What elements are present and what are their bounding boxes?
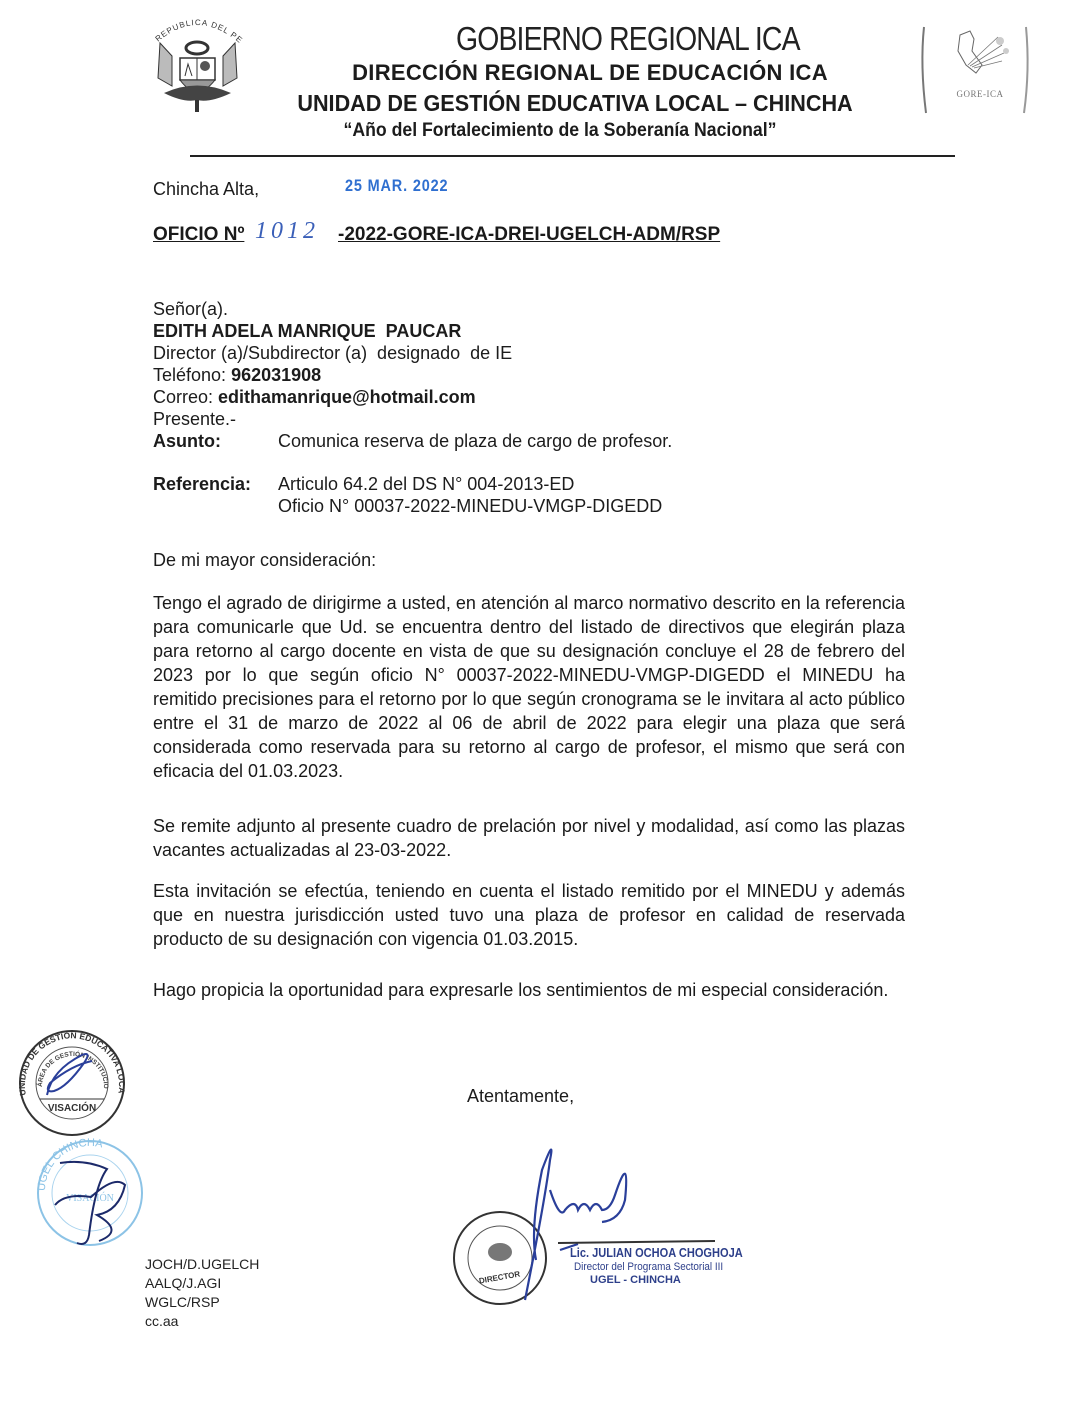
reference-item: Articulo 64.2 del DS N° 004-2013-ED — [278, 473, 662, 495]
director-stamp-label: DIRECTOR — [478, 1269, 521, 1285]
date-stamp: 25 MAR. 2022 — [345, 176, 448, 196]
phone-value: 962031908 — [231, 365, 321, 385]
recipient-name: EDITH ADELA MANRIQUE PAUCAR — [153, 320, 512, 342]
initials-line: JOCH/D.UGELCH — [145, 1255, 259, 1274]
body-paragraph-4: Hago propicia la oportunidad para expres… — [153, 978, 905, 1002]
subject-label: Asunto: — [153, 430, 221, 452]
visa-stamp-agi: UNIDAD DE GESTIÓN EDUCATIVA LOCAL CHINCH… — [12, 1025, 132, 1145]
footer-initials: JOCH/D.UGELCH AALQ/J.AGI WGLC/RSP cc.aa — [145, 1255, 259, 1331]
body-paragraph-1: Tengo el agrado de dirigirme a usted, en… — [153, 591, 905, 783]
stamp2-label: VISACIÓN — [66, 1192, 114, 1204]
body-paragraph-3: Esta invitación se efectúa, teniendo en … — [153, 879, 905, 951]
gore-ica-label: GORE-ICA — [940, 89, 1020, 99]
year-motto: “Año del Fortalecimiento de la Soberanía… — [262, 120, 857, 142]
oficio-prefix: OFICIO Nº — [153, 224, 244, 246]
reference-list: Articulo 64.2 del DS N° 004-2013-ED Ofic… — [278, 473, 662, 517]
header-divider — [190, 155, 955, 157]
salutation: Señor(a). — [153, 298, 512, 320]
unit-title: UNIDAD DE GESTIÓN EDUCATIVA LOCAL – CHIN… — [270, 90, 881, 117]
signatory-name: Lic. JULIAN OCHOA CHOGHOJA — [570, 1245, 743, 1260]
initials-line: AALQ/J.AGI — [145, 1274, 259, 1293]
presente: Presente.- — [153, 408, 512, 430]
signatory-organization: UGEL - CHINCHA — [590, 1274, 681, 1286]
oficio-code: -2022-GORE-ICA-DREI-UGELCH-ADM/RSP — [338, 224, 720, 246]
stamp1-outer-text: UNIDAD DE GESTIÓN EDUCATIVA LOCAL CHINCH… — [12, 1025, 127, 1096]
recipient-email-row: Correo: edithamanrique@hotmail.com — [153, 386, 512, 408]
subject-value: Comunica reserva de plaza de cargo de pr… — [278, 430, 672, 452]
email-value[interactable]: edithamanrique@hotmail.com — [218, 387, 476, 407]
visa-stamp-ugel: UGEL CHINCHA VISACIÓN — [15, 1135, 160, 1255]
reference-label: Referencia: — [153, 473, 251, 495]
oficio-handwritten-number: 1012 — [255, 218, 319, 245]
city-label: Chincha Alta, — [153, 178, 259, 200]
closing: Atentamente, — [467, 1085, 574, 1107]
body-paragraph-2: Se remite adjunto al presente cuadro de … — [153, 814, 905, 862]
phone-label: Teléfono: — [153, 365, 226, 385]
direction-title: DIRECCIÓN REGIONAL DE EDUCACIÓN ICA — [280, 60, 900, 86]
gore-ica-logo: GORE-ICA — [918, 25, 1038, 120]
recipient-block: Señor(a). EDITH ADELA MANRIQUE PAUCAR Di… — [153, 298, 512, 430]
stamp1-label: VISACIÓN — [48, 1101, 96, 1114]
greeting: De mi mayor consideración: — [153, 549, 376, 571]
gore-ica-map-icon — [918, 25, 1038, 120]
recipient-position: Director (a)/Subdirector (a) designado d… — [153, 342, 512, 364]
initials-line: WGLC/RSP — [145, 1293, 259, 1312]
government-title: GOBIERNO REGIONAL ICA — [83, 20, 1019, 58]
initials-line: cc.aa — [145, 1312, 259, 1331]
svg-text:UNIDAD DE GESTIÓN EDUCATIVA LO: UNIDAD DE GESTIÓN EDUCATIVA LOCAL CHINCH… — [12, 1025, 127, 1096]
email-label: Correo: — [153, 387, 213, 407]
reference-item: Oficio N° 00037-2022-MINEDU-VMGP-DIGEDD — [278, 495, 662, 517]
recipient-phone-row: Teléfono: 962031908 — [153, 364, 512, 386]
signatory-role: Director del Programa Sectorial III — [574, 1261, 723, 1273]
